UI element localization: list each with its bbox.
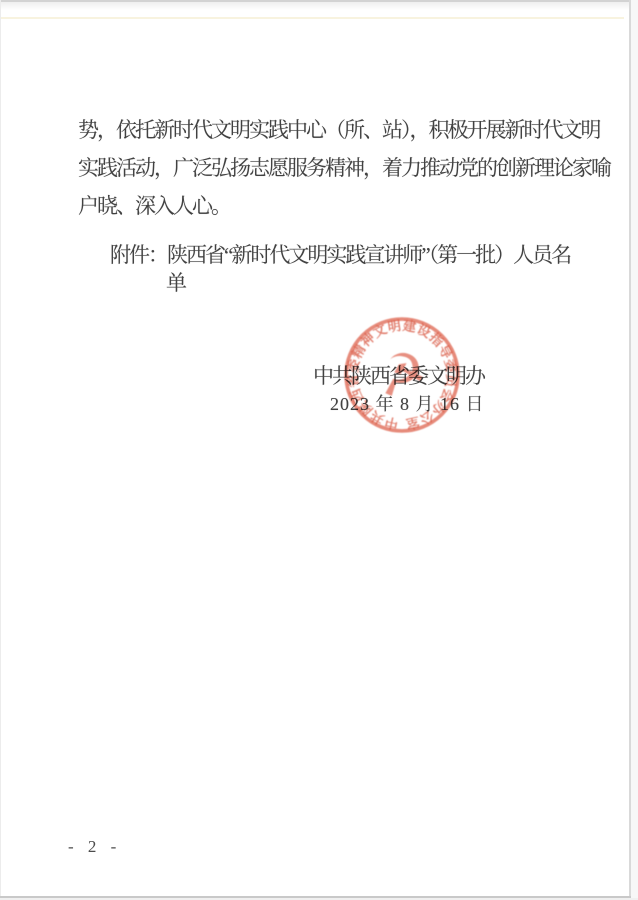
scan-margin-right (631, 0, 638, 900)
body-paragraph-line-3: 户晓、深入人心。 (78, 190, 230, 220)
scan-edge-top (0, 0, 638, 2)
body-paragraph-line-2: 实践活动，广泛弘扬志愿服务精神，着力推动党的创新理论家喻 (78, 152, 610, 182)
scan-fold-line (0, 17, 624, 19)
scanned-document-page: 势，依托新时代文明实践中心（所、站），积极开展新时代文明 实践活动，广泛弘扬志愿… (0, 0, 638, 900)
scan-edge-left (0, 0, 1, 900)
hammer-sickle-icon: ☭ (371, 338, 432, 411)
scan-edge-right (629, 0, 631, 897)
scan-edge-bottom (0, 896, 631, 898)
attachment-reference-line-1: 附件：陕西省“新时代文明实践宣讲师”（第一批）人员名 (110, 239, 570, 269)
official-seal: 中共陕西省委精神文明建设指导委员会办公室 ☭ (341, 314, 463, 436)
page-number: - 2 - (68, 837, 121, 857)
scan-edge-top-fade (0, 2, 638, 10)
attachment-reference-line-2: 单 (166, 267, 185, 297)
body-paragraph-line-1: 势，依托新时代文明实践中心（所、站），积极开展新时代文明 (78, 114, 600, 144)
